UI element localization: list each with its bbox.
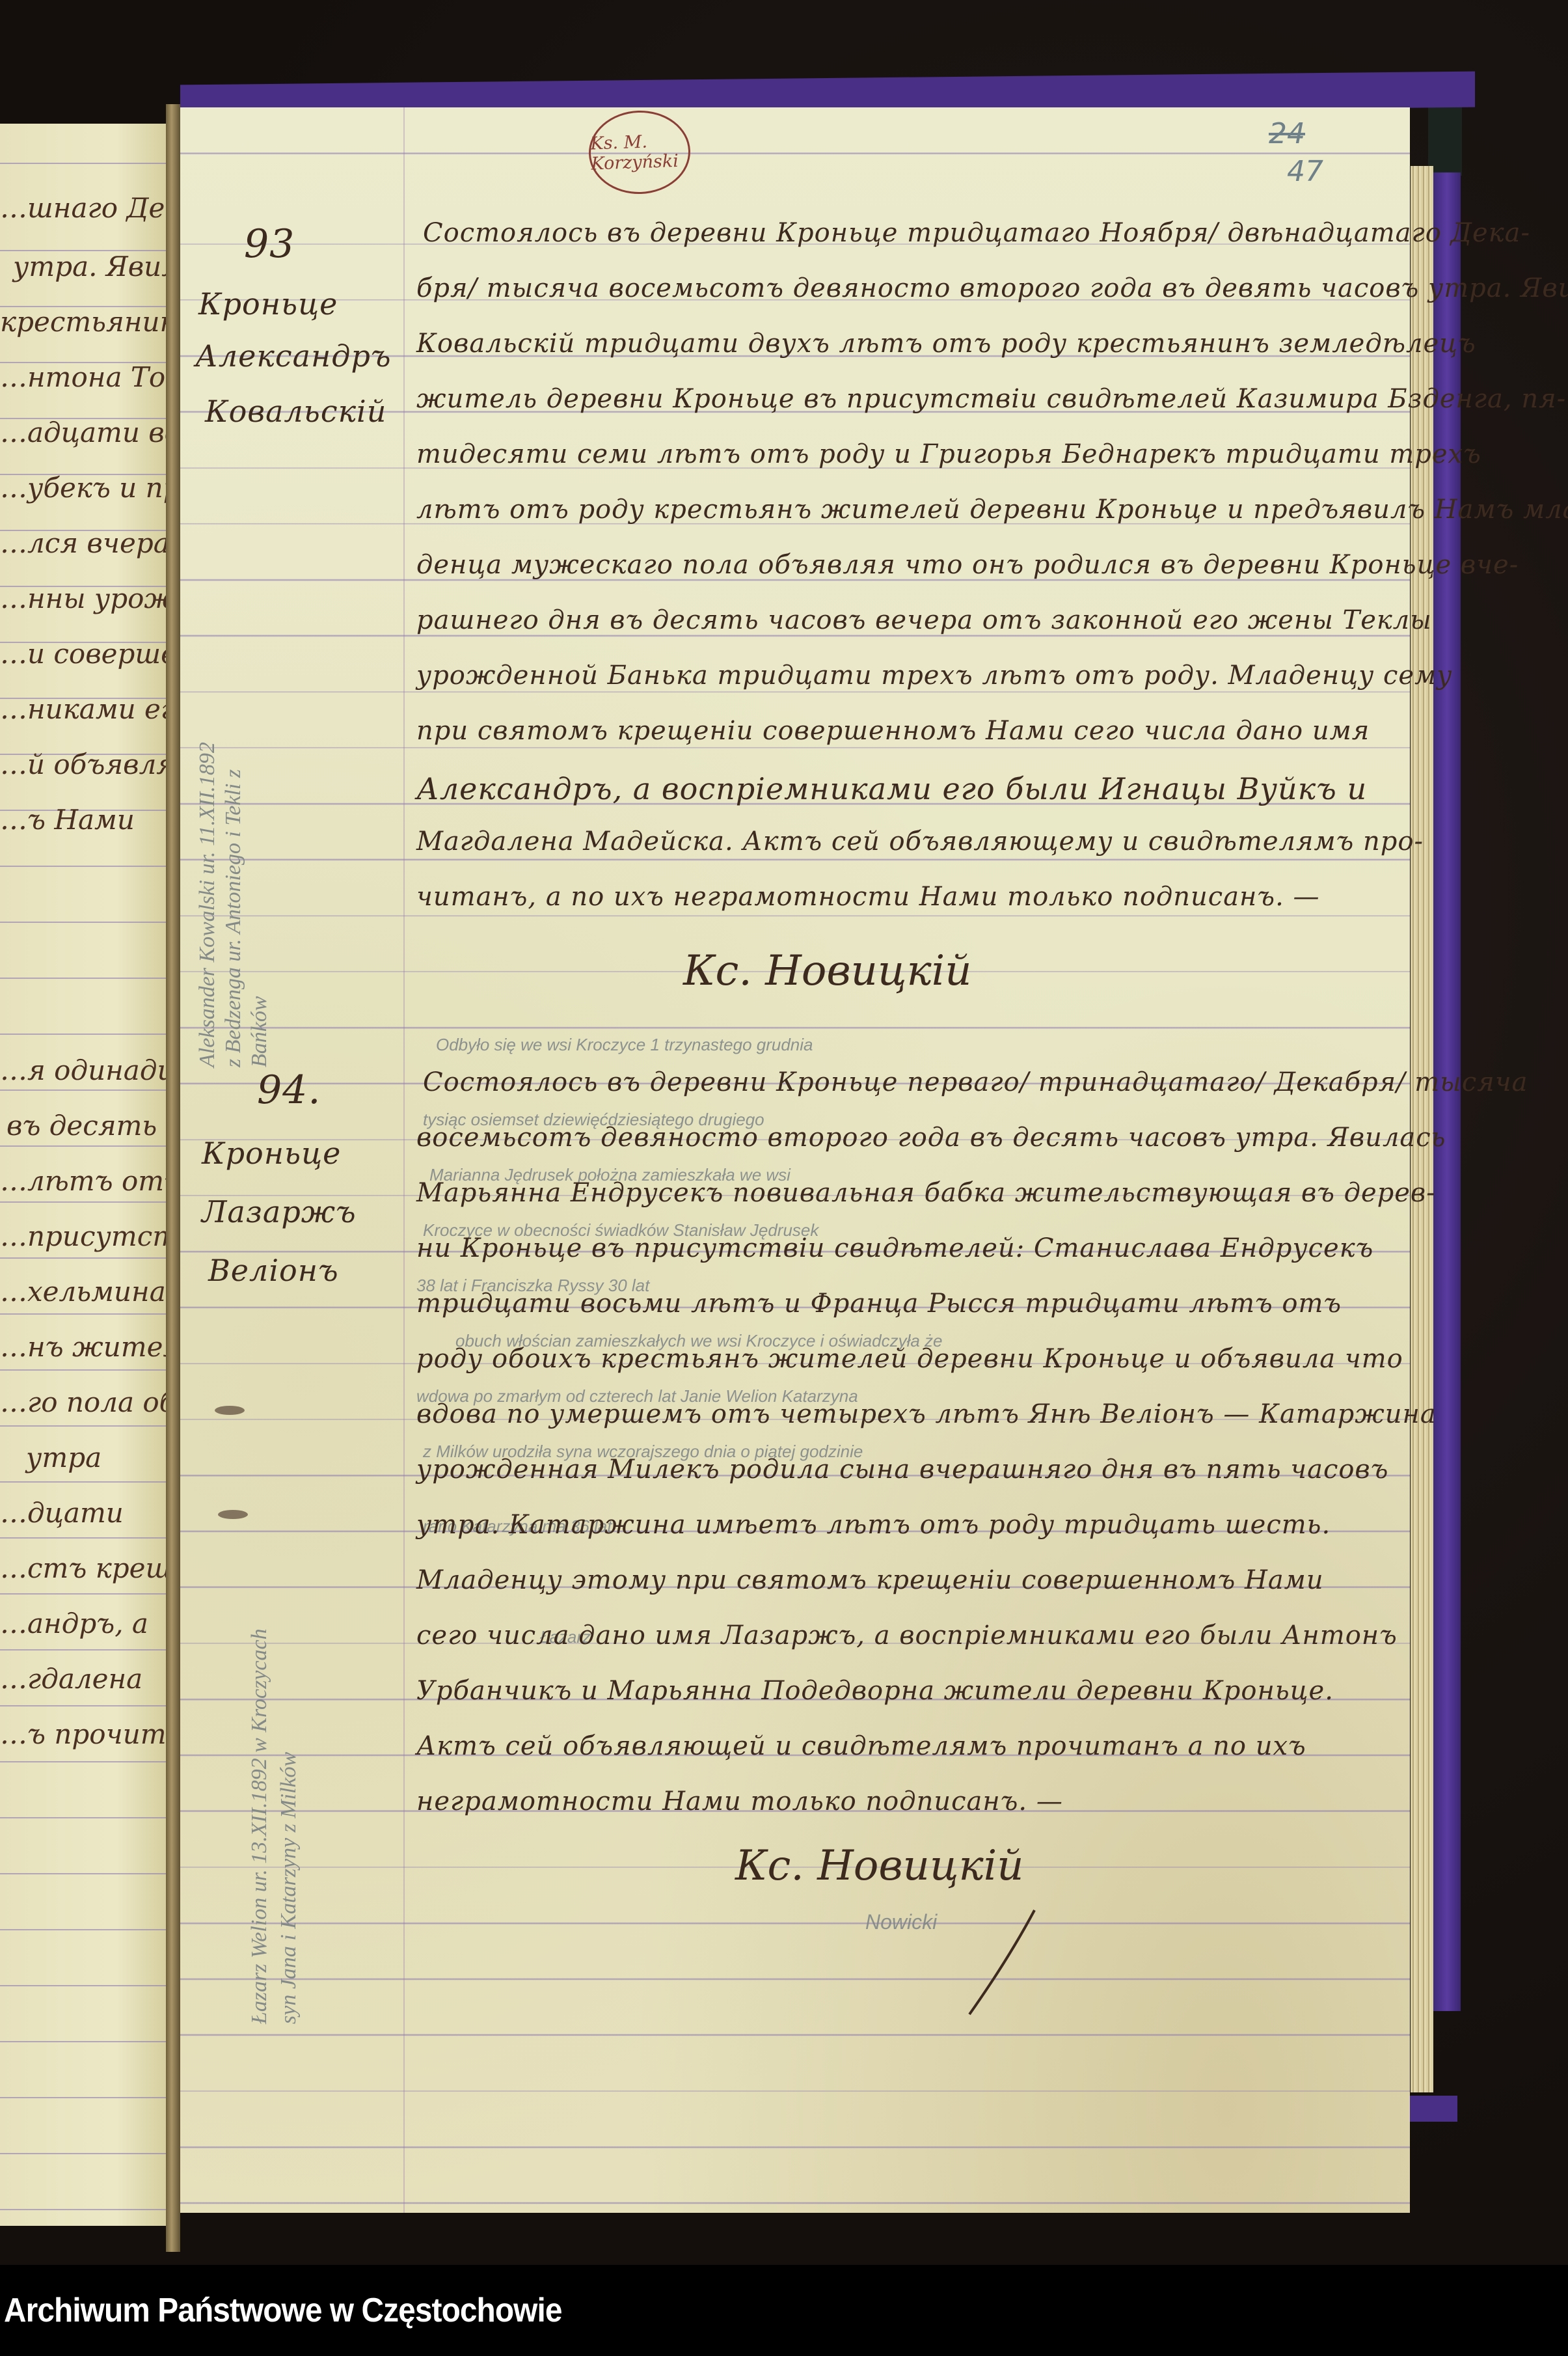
entry-body-line: неграмотности Нами только подписанъ. —	[416, 1787, 1063, 1816]
entry-surname: Ковальскій	[205, 394, 386, 429]
left-line: …шнаго Дека-	[0, 192, 166, 224]
entry-body-line: при святомъ крещеніи совершенномъ Нами с…	[416, 716, 1370, 746]
signature-flourish	[963, 1907, 1041, 2018]
left-line: въ десять	[7, 1110, 157, 1142]
entry-number: 94.	[257, 1067, 321, 1113]
left-line: …нъ жителей	[0, 1331, 166, 1363]
page-number-old: 24	[1269, 117, 1305, 150]
entry-body-line: Марьянна Ендрусекъ повивальная бабка жит…	[416, 1178, 1436, 1208]
left-line: …дцати	[0, 1497, 124, 1529]
entry-body-line: сего числа дано имя Лазаржъ, а воспріемн…	[416, 1621, 1398, 1651]
entry-body-line: Ковальскій тридцати двухъ лѣтъ отъ роду …	[416, 329, 1476, 359]
left-line: крестьянин	[0, 306, 166, 338]
left-line: утра	[26, 1442, 101, 1473]
entry-body-line: Актъ сей объявляющей и свидѣтелямъ прочи…	[416, 1731, 1306, 1761]
entry-body-line: Состоялось въ деревни Кроньце перваго/ т…	[423, 1067, 1528, 1097]
left-line: …присутствіи	[0, 1220, 166, 1252]
left-line: …стъ креще-	[0, 1552, 166, 1584]
left-line: …й объявляю	[0, 748, 166, 780]
margin-vertical-note: z Bedzenga ur. Antoniego i Tekli z	[221, 769, 246, 1067]
paper-damage	[218, 1510, 248, 1519]
margin-rule	[403, 107, 405, 2213]
left-line: …нтона Токар	[0, 361, 166, 393]
entry-body-line: Младенцу этому при святомъ крещеніи сове…	[416, 1565, 1324, 1595]
pencil-annotation: Odbyło się we wsi Kroczyce 1 trzynastego…	[436, 1035, 813, 1055]
priest-signature: Кс. Новицкій	[683, 947, 971, 995]
entry-body-line: урожденной Банька тридцати трехъ лѣтъ от…	[416, 661, 1452, 691]
entry-body-line: Урбанчикъ и Марьянна Подедворна жители д…	[416, 1676, 1334, 1706]
entry-body-line: роду обоихъ крестьянъ жителей деревни Кр…	[416, 1344, 1403, 1374]
left-line: …андръ, а	[0, 1608, 148, 1639]
entry-body-line: бря/ тысяча восемьсотъ девяносто второго…	[416, 273, 1568, 303]
paper-damage	[215, 1406, 245, 1415]
left-line: …го пола объ-	[0, 1386, 166, 1418]
entry-body-line: восемьсотъ девяносто второго года въ дес…	[416, 1123, 1446, 1153]
book-gutter	[166, 104, 180, 2252]
entry-given-name: Александръ	[195, 338, 392, 374]
entry-body-line: утра. Катаржина имѣетъ лѣтъ отъ роду три…	[416, 1510, 1331, 1540]
entry-village: Кроньце	[198, 286, 338, 322]
entry-body-line: Магдалена Мадейска. Актъ сей объявляющем…	[416, 827, 1424, 856]
page-number: 47	[1287, 155, 1323, 188]
margin-vertical-note: Bańków	[247, 996, 272, 1067]
left-line: …никами его	[0, 693, 166, 725]
left-facing-page: …шнаго Дека- утра. Явил- крестьянин …нто…	[0, 124, 166, 2226]
entry-body-line: денца мужескаго пола объявляя что онъ ро…	[416, 550, 1519, 580]
archive-name: Archiwum Państwowe w Częstochowie	[4, 2291, 562, 2330]
entry-number: 93	[244, 221, 295, 267]
entry-surname: Велiонъ	[208, 1253, 339, 1288]
entry-body-line: Состоялось въ деревни Кроньце тридцатаго…	[423, 218, 1530, 248]
left-line: …ъ прочитан	[0, 1718, 166, 1750]
entry-body-line: урожденная Милекъ родила сына вчерашняго…	[416, 1455, 1388, 1485]
left-line: …лся вчераш-	[0, 527, 166, 559]
entry-village: Кроньце	[202, 1136, 341, 1171]
entry-body-line: тидесяти семи лѣтъ отъ роду и Григорья Б…	[416, 439, 1481, 469]
left-line: …лѣтъ отъ ро-	[0, 1165, 166, 1197]
left-line: …нны урожден-	[0, 582, 166, 614]
left-line: утра. Явил-	[13, 251, 166, 282]
entry-body-line: рашнего дня въ десять часовъ вечера отъ …	[416, 605, 1432, 635]
entry-body-line: житель деревни Кроньце въ присутствіи св…	[416, 384, 1566, 414]
signature-pencil-note: Nowicki	[865, 1910, 937, 1934]
left-line: …убекъ и предъ	[0, 472, 166, 504]
margin-vertical-note: Aleksander Kowalski ur. 11.XII.1892	[195, 742, 220, 1067]
entry-given-name: Лазаржъ	[202, 1194, 357, 1229]
left-line: …я одинадца-	[0, 1054, 166, 1086]
entry-body-line: вдова по умершемъ отъ четырехъ лѣтъ Янѣ …	[416, 1399, 1437, 1429]
left-line: …хельмина Біо-	[0, 1276, 166, 1308]
left-line: …ъ Нами	[0, 804, 135, 836]
entry-body-line: читанъ, а по ихъ неграмотности Нами толь…	[416, 882, 1320, 912]
entry-body-line: тридцати восьми лѣтъ и Франца Рысся трид…	[416, 1289, 1342, 1319]
left-line: …и совершен-	[0, 638, 166, 670]
margin-vertical-note: syn Jana i Katarzyny z Milków	[277, 1752, 301, 2024]
entry-body-line: лѣтъ отъ роду крестьянъ жителей деревни …	[416, 495, 1568, 525]
left-line: …адцати восьми	[0, 417, 166, 448]
entry-body-line: ни Кроньце въ присутствіи свидѣтелей: Ст…	[416, 1233, 1373, 1263]
left-line: …гдалена	[0, 1663, 142, 1695]
priest-signature: Кс. Новицкій	[735, 1842, 1023, 1890]
archive-footer: Archiwum Państwowe w Częstochowie	[0, 2265, 1568, 2356]
margin-vertical-note: Łazarz Welion ur. 13.XII.1892 w Kroczyca…	[247, 1628, 272, 2024]
entry-body-line: Александръ, а воспріемниками его были Иг…	[416, 771, 1367, 806]
